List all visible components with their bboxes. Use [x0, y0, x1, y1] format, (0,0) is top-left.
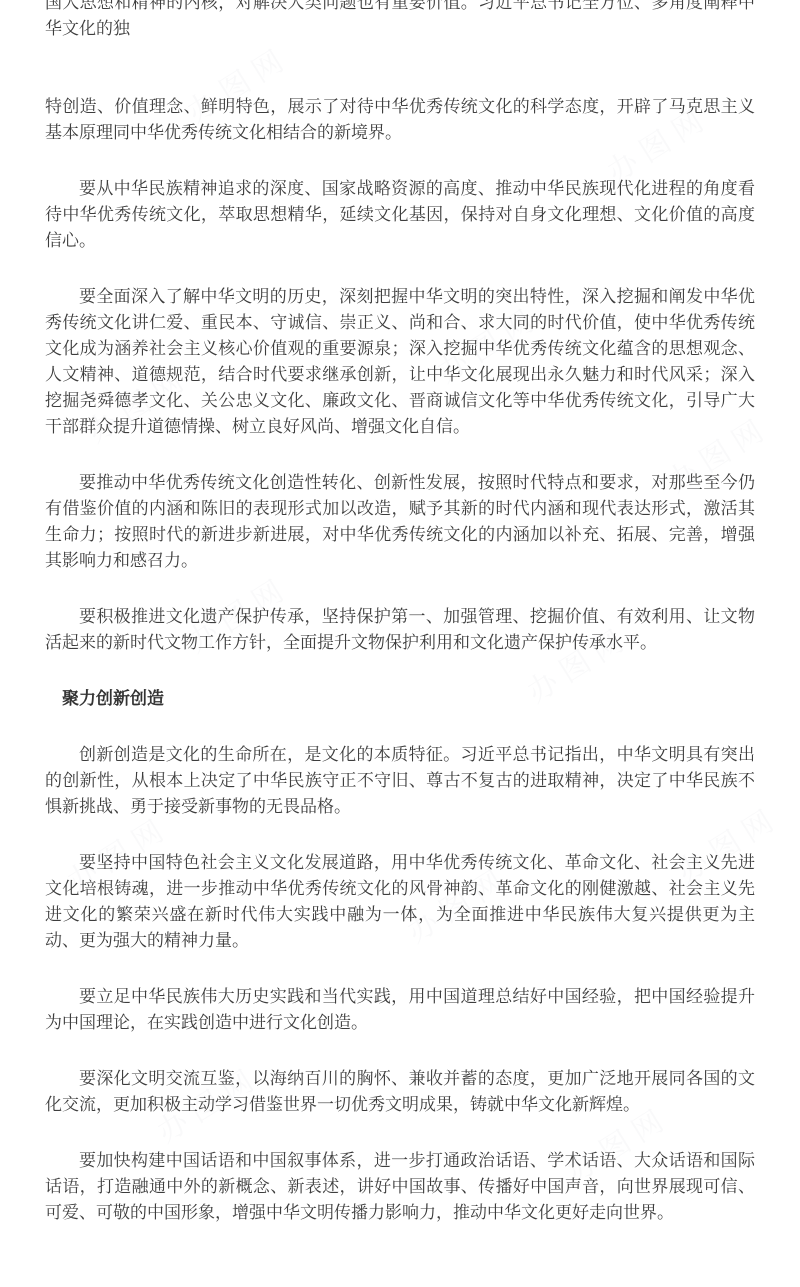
paragraph: 要积极推进文化遗产保护传承，坚持保护第一、加强管理、挖掘价值、有效利用、让文物活…	[45, 604, 755, 656]
paragraph: 要坚持中国特色社会主义文化发展道路，用中华优秀传统文化、革命文化、社会主义先进文…	[45, 850, 755, 954]
paragraph: 要推动中华优秀传统文化创造性转化、创新性发展，按照时代特点和要求，对那些至今仍有…	[45, 470, 755, 574]
paragraph: 创新创造是文化的生命所在，是文化的本质特征。习近平总书记指出，中华文明具有突出的…	[45, 742, 755, 820]
section-heading: 聚力创新创造	[45, 686, 755, 712]
paragraph-top-clipped: 国人思想和精神的内核，对解决人类问题也有重要价值。习近平总书记全方位、多角度阐释…	[45, 0, 755, 42]
paragraph: 要从中华民族精神追求的深度、国家战略资源的高度、推动中华民族现代化进程的角度看待…	[45, 176, 755, 254]
paragraph: 要立足中华民族伟大历史实践和当代实践，用中国道理总结好中国经验，把中国经验提升为…	[45, 984, 755, 1036]
paragraph: 要全面深入了解中华文明的历史，深刻把握中华文明的突出特性，深入挖掘和阐发中华优秀…	[45, 284, 755, 440]
article-body: 国人思想和精神的内核，对解决人类问题也有重要价值。习近平总书记全方位、多角度阐释…	[45, 0, 755, 1226]
paragraph-continuation: 特创造、价值理念、鲜明特色，展示了对待中华优秀传统文化的科学态度，开辟了马克思主…	[45, 94, 755, 146]
article-page: 办图网 办图网 办图网 办图网 办图网 办图网 办图网 办图网 办图网 办图网 …	[0, 0, 800, 1287]
paragraph: 要加快构建中国话语和中国叙事体系，进一步打通政治话语、学术话语、大众话语和国际话…	[45, 1148, 755, 1226]
paragraph: 要深化文明交流互鉴，以海纳百川的胸怀、兼收并蓄的态度，更加广泛地开展同各国的文化…	[45, 1066, 755, 1118]
